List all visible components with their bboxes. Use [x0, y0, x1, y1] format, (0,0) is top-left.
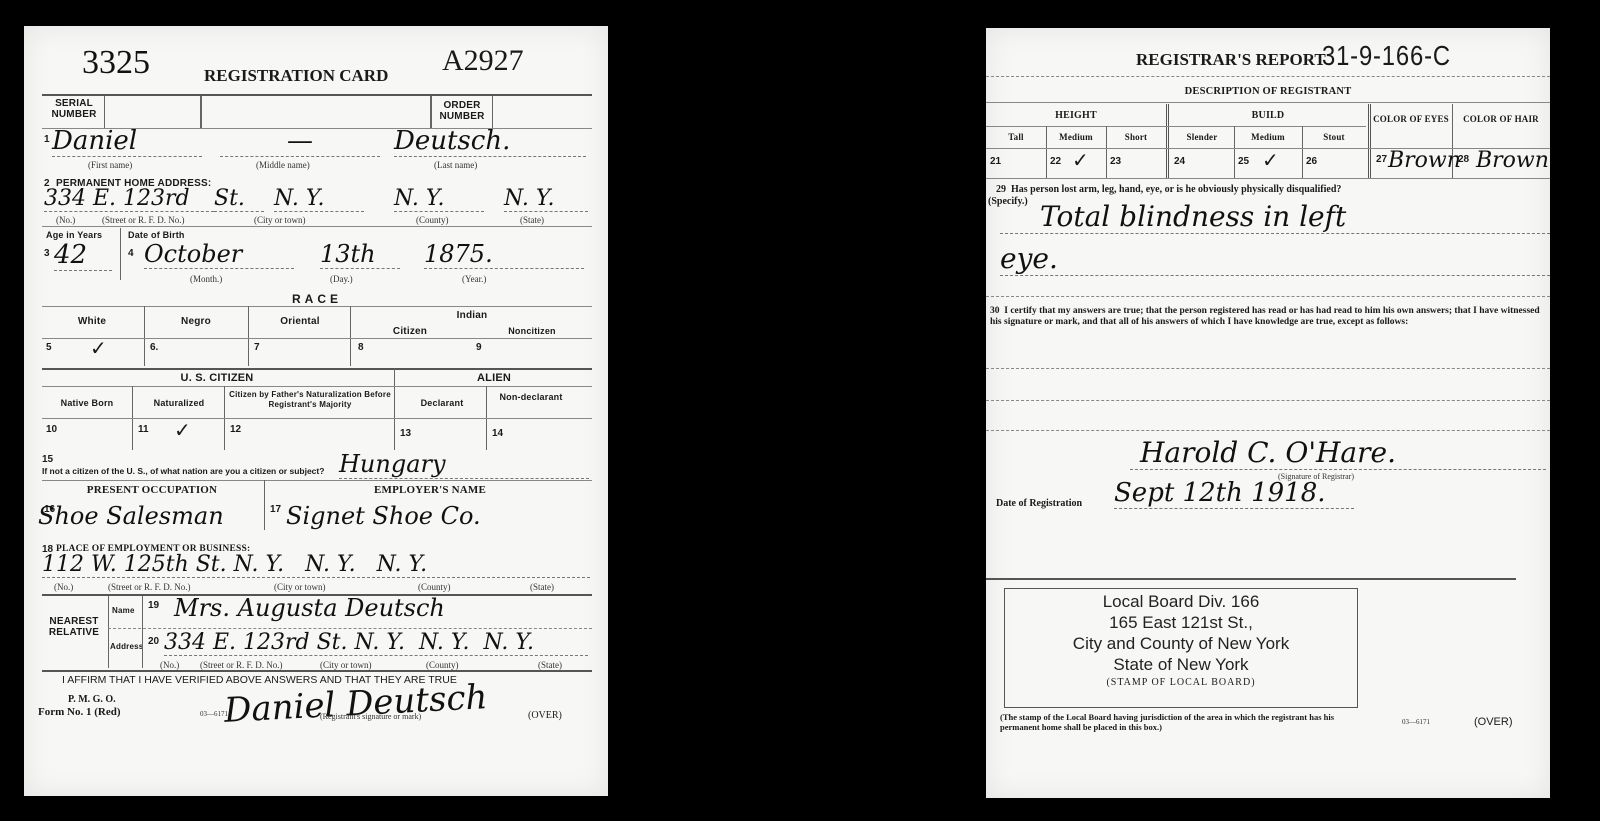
signature-label: (Registrant's signature or mark) [320, 712, 421, 721]
field-number: 21 [990, 156, 1001, 167]
us-citizen-title: U. S. CITIZEN [42, 372, 392, 384]
field-number: 4 [128, 248, 134, 259]
nearest-relative-label: NEAREST RELATIVE [42, 616, 106, 638]
naturalized-checkbox[interactable]: ✓ [174, 418, 191, 442]
race-indian-noncitizen-label: Noncitizen [472, 326, 592, 336]
stamp-line: Local Board Div. 166 [1005, 591, 1357, 612]
address-sub-label: (Street or R. F. D. No.) [200, 660, 283, 670]
stamp-line: City and County of New York [1005, 633, 1357, 654]
registration-card-front: 3325 REGISTRATION CARD A2927 SERIAL NUMB… [24, 26, 608, 796]
employer-label: EMPLOYER'S NAME [268, 484, 592, 496]
field-number: 6. [150, 342, 158, 353]
q29-answer-line2: eye. [1000, 242, 1550, 276]
dob-sub-label: (Day.) [330, 274, 353, 284]
field-number: 10 [46, 424, 57, 435]
field-number: 27 [1376, 154, 1387, 165]
naturalized-label: Naturalized [134, 398, 224, 408]
address-sub-label: (Street or R. F. D. No.) [102, 215, 185, 225]
registration-card-back: REGISTRAR'S REPORT 31-9-166-C DESCRIPTIO… [986, 28, 1550, 798]
field-number: 17 [270, 504, 281, 515]
build-slender-label: Slender [1170, 132, 1234, 142]
build-medium-label: Medium [1234, 132, 1302, 142]
hair-color-value: Brown [1476, 148, 1549, 173]
form-code: 03—6171 [1402, 718, 1430, 726]
employer-value: Signet Shoe Co. [286, 502, 586, 530]
address-sub-label: (County) [418, 582, 451, 592]
address-sub-label: (State) [530, 582, 554, 592]
order-number-label: ORDER NUMBER [434, 100, 490, 122]
first-name-label: (First name) [88, 160, 132, 170]
dob-sub-label: (Month.) [190, 274, 222, 284]
nation-question: If not a citizen of the U. S., of what n… [42, 466, 324, 476]
registrar-report-title: REGISTRAR'S REPORT [1136, 50, 1326, 70]
relative-address-label: Address [110, 642, 143, 651]
form-number: Form No. 1 (Red) [38, 706, 120, 718]
relative-name-label: Name [112, 606, 135, 615]
dob-sub-label: (Year.) [462, 274, 486, 284]
birth-month: October [144, 240, 294, 269]
hair-color-label: COLOR OF HAIR [1456, 114, 1546, 124]
place-of-employment-value: 112 W. 125th St. N. Y. N. Y. N. Y. [42, 552, 590, 578]
field-number: 19 [148, 600, 159, 611]
height-short-label: Short [1106, 132, 1166, 142]
field-number: 23 [1110, 156, 1121, 167]
citizen-by-father-label: Citizen by Father's Naturalization Befor… [228, 390, 392, 410]
dob-label: Date of Birth [128, 230, 185, 240]
serial-number-label: SERIAL NUMBER [46, 98, 102, 120]
q29-question: 29 Has person lost arm, leg, hand, eye, … [996, 184, 1341, 195]
stamp-line: 165 East 121st St., [1005, 612, 1357, 633]
alien-title: ALIEN [396, 372, 592, 384]
race-indian-citizen-label: Citizen [352, 326, 468, 337]
field-number: 3 [44, 248, 50, 259]
form-pmgo: P. M. G. O. [68, 694, 116, 705]
last-name: Deutsch. [394, 126, 586, 157]
height-medium-label: Medium [1046, 132, 1106, 142]
field-number: 28 [1458, 154, 1469, 165]
age-label: Age in Years [46, 230, 102, 240]
nation-value: Hungary [339, 450, 589, 479]
field-number: 5 [46, 342, 52, 353]
field-number: 14 [492, 428, 503, 439]
native-born-label: Native Born [42, 398, 132, 408]
age-value: 42 [54, 240, 112, 271]
field-number: 24 [1174, 156, 1185, 167]
race-negro-label: Negro [146, 316, 246, 327]
stamp-note: (The stamp of the Local Board having jur… [1000, 712, 1370, 732]
relative-name-value: Mrs. Augusta Deutsch [174, 594, 584, 622]
first-name: Daniel [52, 126, 202, 157]
address-sub-label: (No.) [56, 215, 75, 225]
declarant-label: Declarant [398, 398, 486, 408]
date-of-registration-label: Date of Registration [996, 498, 1082, 509]
height-tall-label: Tall [986, 132, 1046, 142]
build-title: BUILD [1170, 110, 1366, 121]
order-stamp: A2927 [442, 44, 524, 78]
over-label: (OVER) [528, 710, 562, 721]
middle-name-label: (Middle name) [256, 160, 310, 170]
race-white-label: White [42, 316, 142, 327]
address-sub-label: (City or town) [274, 582, 326, 592]
q30-certification: 30 I certify that my answers are true; t… [990, 306, 1546, 328]
q29-answer-line1: Total blindness in left [1000, 200, 1550, 234]
race-white-checkbox[interactable]: ✓ [90, 336, 107, 360]
address-sub-label: (Street or R. F. D. No.) [108, 582, 191, 592]
date-of-registration-value: Sept 12th 1918. [1114, 478, 1354, 509]
address-sub-label: (City or town) [254, 215, 306, 225]
field-number: 8 [358, 342, 364, 353]
field-number: 20 [148, 636, 159, 647]
address-sub-label: (County) [416, 215, 449, 225]
field-number: 9 [476, 342, 482, 353]
description-title: DESCRIPTION OF REGISTRANT [986, 86, 1550, 97]
registrar-signature: Harold C. O'Hare. [1130, 436, 1546, 470]
home-address-state: N. Y. [504, 186, 588, 212]
race-indian-label: Indian [352, 310, 592, 321]
field-number: 25 [1238, 156, 1249, 167]
over-label: (OVER) [1474, 716, 1513, 728]
address-sub-label: (County) [426, 660, 459, 670]
last-name-label: (Last name) [434, 160, 477, 170]
registration-number-stamp: 31-9-166-C [1322, 40, 1451, 72]
non-declarant-label: Non-declarant [496, 392, 566, 403]
address-sub-label: (City or town) [320, 660, 372, 670]
eye-color-label: COLOR OF EYES [1372, 114, 1450, 124]
home-address-street: St. [214, 186, 264, 212]
field-number: 22 [1050, 156, 1061, 167]
birth-day: 13th [320, 240, 400, 269]
field-number: 13 [400, 428, 411, 439]
middle-name: — [220, 126, 380, 157]
occupation-label: PRESENT OCCUPATION [42, 484, 262, 496]
occupation-value: Shoe Salesman [38, 502, 268, 530]
address-sub-label: (No.) [160, 660, 179, 670]
home-address-county: N. Y. [394, 186, 484, 212]
address-sub-label: (State) [538, 660, 562, 670]
build-stout-label: Stout [1302, 132, 1366, 142]
field-number: 11 [138, 424, 149, 435]
home-address-city: N. Y. [274, 186, 364, 212]
address-sub-label: (No.) [54, 582, 73, 592]
field-number: 1 [44, 134, 50, 145]
race-oriental-label: Oriental [250, 316, 350, 327]
serial-stamp: 3325 [82, 44, 150, 82]
local-board-stamp-box: Local Board Div. 166 165 East 121st St.,… [1004, 588, 1358, 708]
card-title: REGISTRATION CARD [204, 66, 388, 86]
height-medium-checkbox[interactable]: ✓ [1072, 148, 1089, 172]
home-address-number: 334 E. 123rd [44, 186, 214, 212]
build-medium-checkbox[interactable]: ✓ [1262, 148, 1279, 172]
eye-color-value: Brown [1388, 148, 1461, 173]
address-sub-label: (State) [520, 215, 544, 225]
field-number: 7 [254, 342, 260, 353]
birth-year: 1875. [424, 240, 584, 269]
field-number: 12 [230, 424, 241, 435]
stamp-line: State of New York [1005, 654, 1357, 675]
race-title: RACE [42, 292, 592, 306]
height-title: HEIGHT [986, 110, 1166, 121]
field-number: 15 [42, 454, 53, 465]
field-number: 26 [1306, 156, 1317, 167]
relative-address-value: 334 E. 123rd St. N. Y. N. Y. N. Y. [164, 630, 588, 656]
stamp-caption: (STAMP OF LOCAL BOARD) [1005, 677, 1357, 688]
